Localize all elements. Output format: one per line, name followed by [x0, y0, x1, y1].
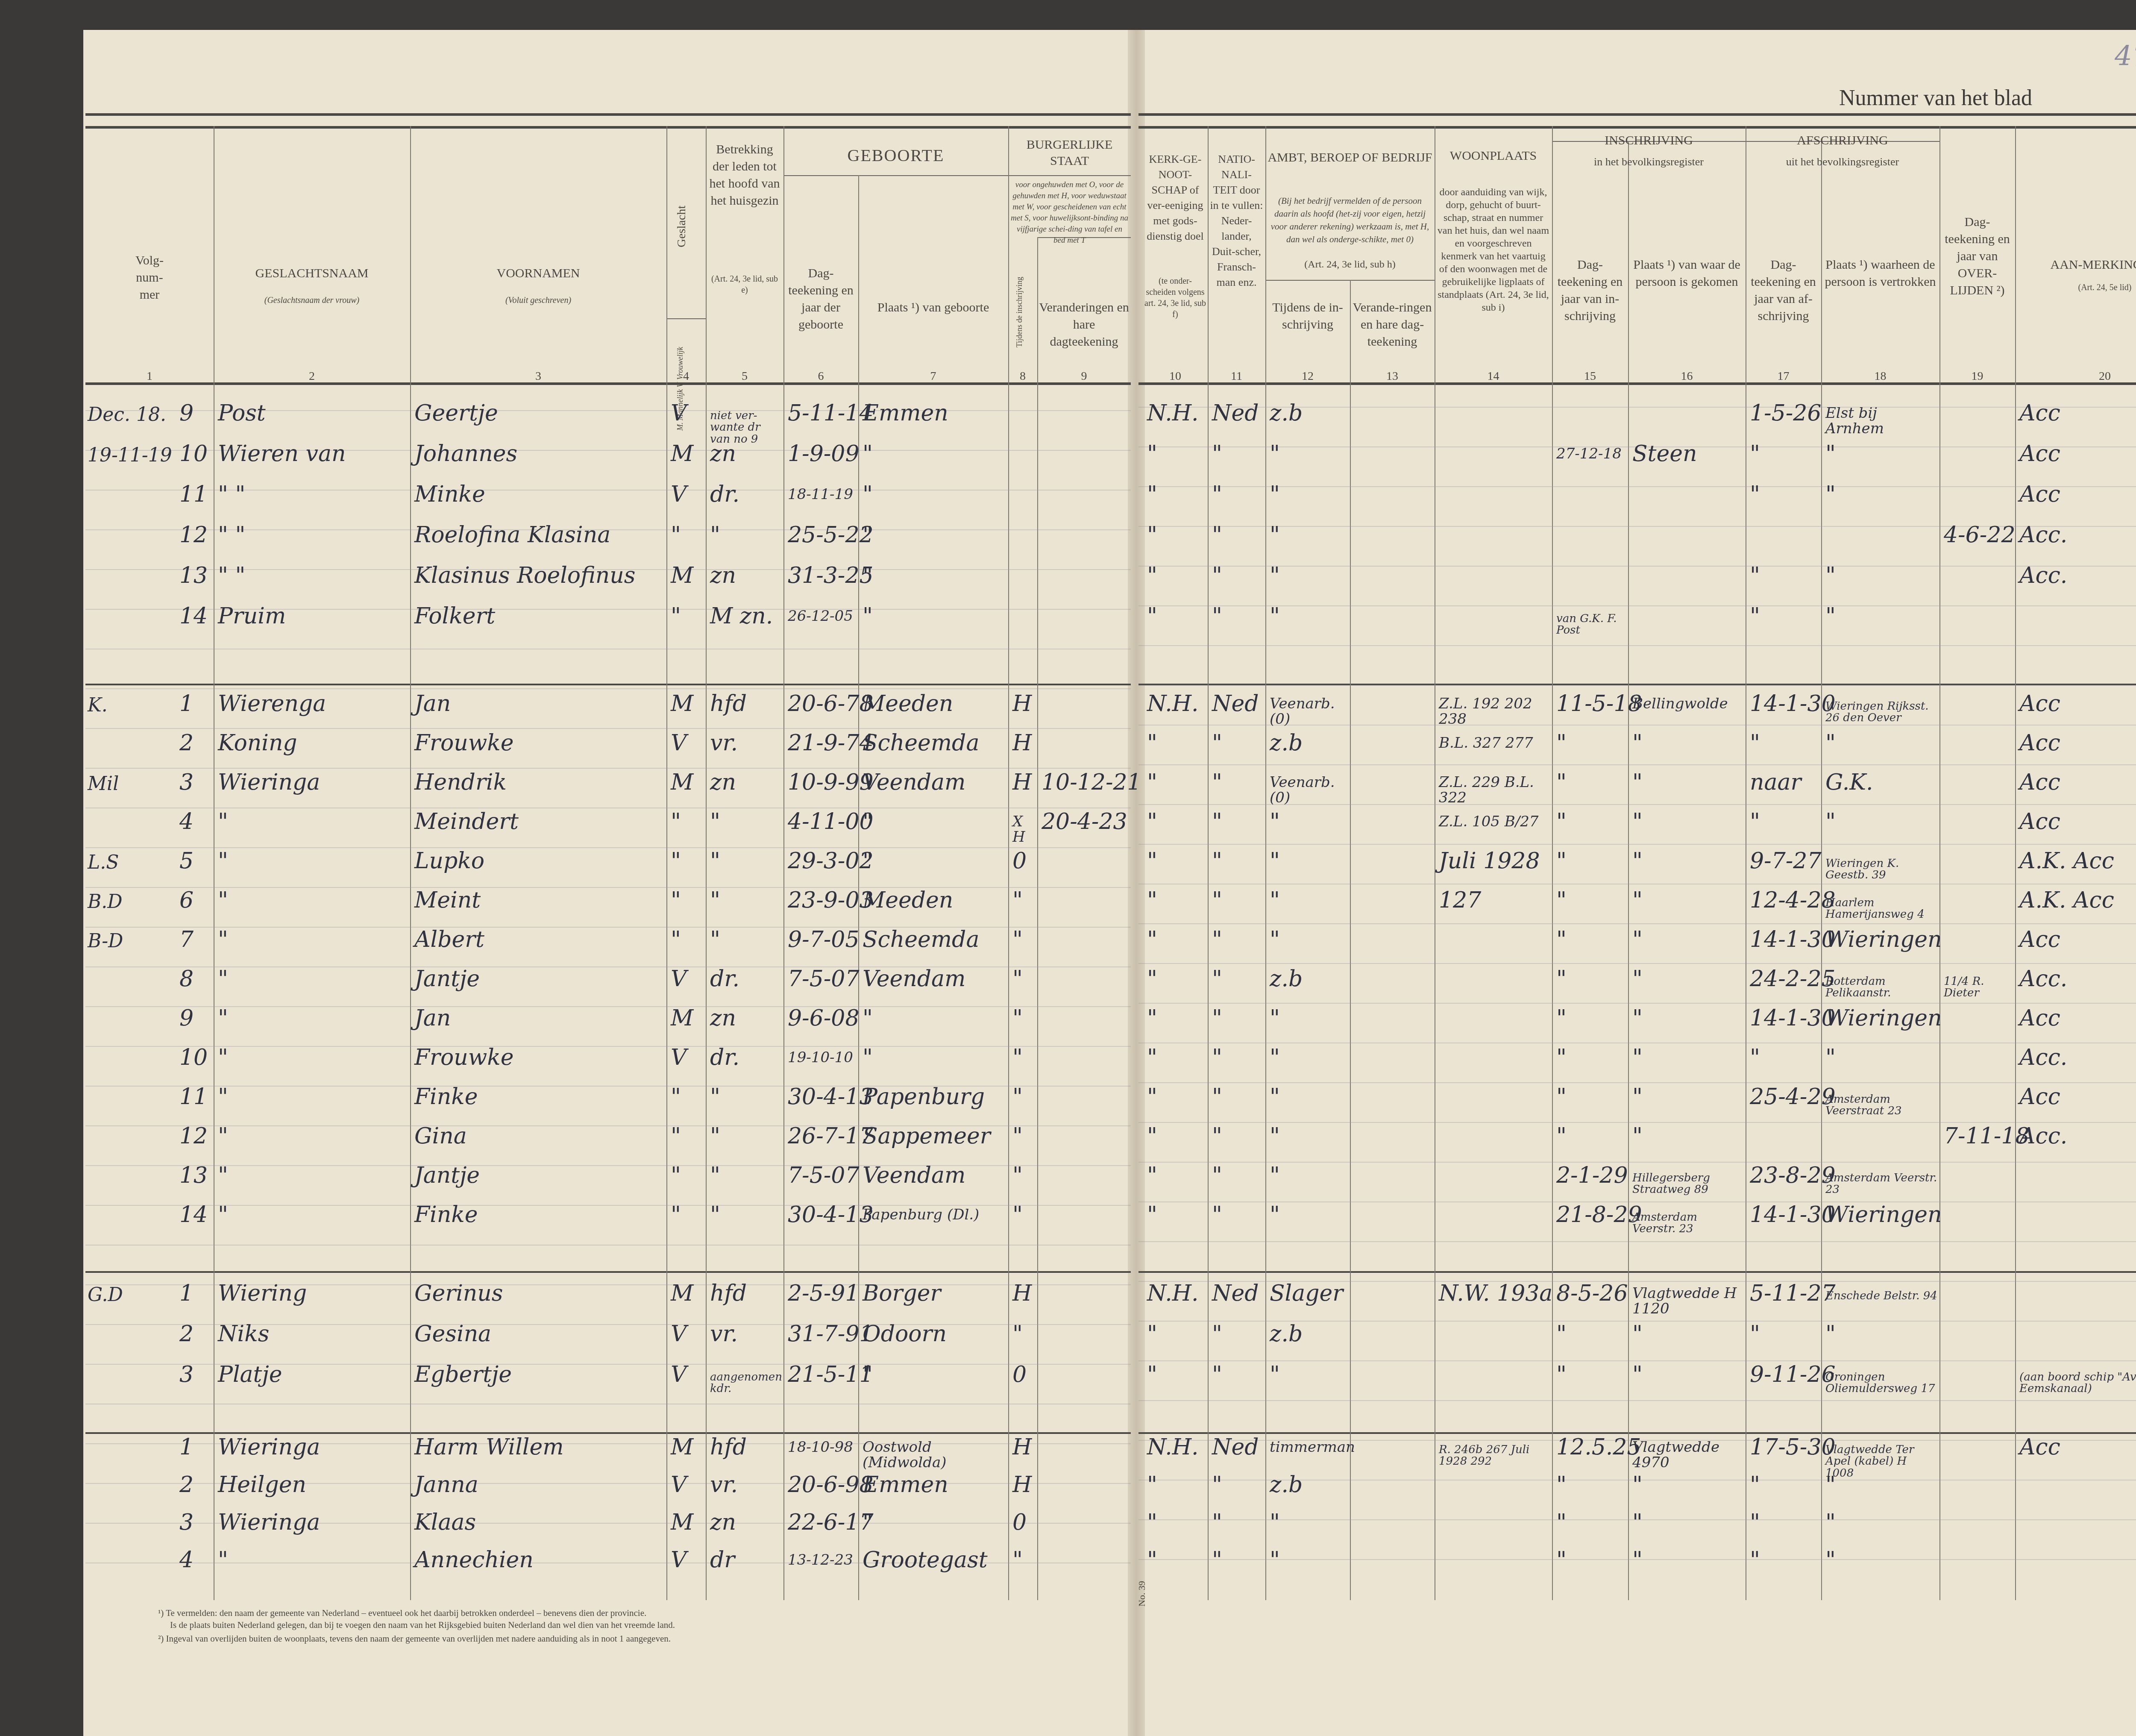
- entry-bs: ": [1012, 1203, 1023, 1227]
- entry-given: Gerinus: [414, 1282, 503, 1305]
- entry-given: Finke: [414, 1085, 478, 1109]
- entry-bs: H: [1012, 771, 1032, 794]
- rule-top: [1138, 113, 2136, 116]
- entry-nat: ": [1212, 1007, 1222, 1030]
- header-inschrijving-sub: in het bevolkingsregister: [1552, 154, 1746, 170]
- column-divider: [1628, 141, 1629, 1600]
- entry-in-date: ": [1556, 731, 1567, 755]
- entry-notes: Acc: [2019, 928, 2060, 952]
- entry-occ: ": [1270, 1203, 1280, 1227]
- entry-n: 10: [179, 442, 208, 466]
- entry-surname: ": [218, 1164, 228, 1187]
- entry-occ: ": [1270, 605, 1280, 628]
- entry-out-date: ": [1750, 1548, 1760, 1572]
- entry-surname: ": [218, 1085, 228, 1109]
- header-tijdens-inschrijving: Tijdens de inschrijving: [1015, 256, 1024, 367]
- entry-surname: ": [218, 1203, 228, 1227]
- writing-line: [1138, 486, 2136, 487]
- column-number-1: 1: [85, 370, 214, 383]
- column-divider: [783, 126, 784, 1600]
- entry-n: 3: [179, 771, 194, 794]
- entry-church: ": [1147, 1046, 1157, 1069]
- header-col-1: Volg- num- mer: [87, 252, 212, 303]
- entry-church: ": [1147, 1473, 1157, 1497]
- column-divider: [1939, 126, 1940, 1600]
- entry-sex: M: [671, 692, 693, 716]
- header-col-19: Dag-teekening en jaar van OVER-LIJDEN ²): [1941, 214, 2013, 299]
- entry-sex: V: [671, 1473, 687, 1497]
- entry-born: 7-5-07: [788, 967, 857, 991]
- writing-line: [1138, 1360, 2136, 1361]
- entry-surname: Wieren van: [218, 442, 346, 466]
- writing-line: [1138, 605, 2136, 606]
- entry-n: 1: [179, 1436, 194, 1459]
- entry-out-to: Groningen Oliemuldersweg 17: [1825, 1372, 1938, 1395]
- entry-occ: ": [1270, 564, 1280, 587]
- entry-born: 5-11-14: [788, 402, 857, 425]
- entry-born: 9-7-05: [788, 928, 857, 952]
- entry-bs: ": [1012, 1322, 1023, 1346]
- entry-out-date: ": [1750, 1322, 1760, 1346]
- entry-in-from: ": [1632, 889, 1643, 912]
- entry-in-date: 8-5-26: [1556, 1282, 1626, 1305]
- entry-occ: z.b: [1270, 731, 1303, 755]
- header-col-3-sub: (Voluit geschreven): [412, 295, 665, 306]
- entry-nat: Ned: [1212, 692, 1259, 716]
- entry-bs-change: 20-4-23: [1042, 810, 1127, 834]
- household-separator: [1138, 1271, 2136, 1273]
- entry-born: 31-7-91: [788, 1322, 857, 1346]
- entry-in-from: ": [1632, 1548, 1643, 1572]
- entry-given: Meindert: [414, 810, 519, 834]
- entry-out-date: ": [1750, 483, 1760, 506]
- entry-bs: H: [1012, 1282, 1032, 1305]
- column-number-9: 9: [1037, 370, 1131, 383]
- header-col-20: AAN-MERKINGEN: [2017, 256, 2136, 273]
- entry-place: ": [863, 564, 873, 587]
- entry-in-date: ": [1556, 810, 1567, 834]
- entry-in-from: Bellingwolde: [1632, 696, 1728, 712]
- entry-n: 6: [179, 889, 194, 912]
- entry-nat: ": [1212, 1203, 1222, 1227]
- entry-out-to: Wieringen K. Geestb. 39: [1825, 858, 1938, 881]
- entry-bs: X H: [1012, 814, 1036, 845]
- entry-given: Janna: [414, 1473, 478, 1497]
- entry-notes: Acc.: [2019, 523, 2067, 547]
- entry-occ: Veenarb.(0): [1270, 696, 1348, 727]
- entry-church: N.H.: [1147, 1436, 1199, 1459]
- entry-nat: ": [1212, 1085, 1222, 1109]
- entry-occ: ": [1270, 928, 1280, 952]
- entry-notes: Acc: [2019, 1085, 2060, 1109]
- writing-line: [1138, 764, 2136, 765]
- entry-address: R. 246b 267 Juli 1928 292: [1439, 1444, 1550, 1468]
- entry-sex: M: [671, 564, 693, 587]
- entry-given: Gina: [414, 1125, 467, 1148]
- entry-given: Roelofina Klasina: [414, 523, 610, 547]
- entry-nat: ": [1212, 1473, 1222, 1497]
- entry-bs: ": [1012, 1007, 1023, 1030]
- entry-church: ": [1147, 1164, 1157, 1187]
- entry-n: 11: [179, 483, 208, 506]
- entry-sex: M: [671, 442, 693, 466]
- entry-notes: A.K. Acc: [2019, 889, 2114, 912]
- entry-born: 18-10-98: [788, 1440, 853, 1455]
- margin-annotation: B.D: [88, 891, 123, 913]
- entry-given: Harm Willem: [414, 1436, 564, 1459]
- entry-occ: ": [1270, 1511, 1280, 1534]
- header-col-5: Betrekking der leden tot het hoofd van h…: [707, 141, 782, 209]
- entry-occ: z.b: [1270, 1473, 1303, 1497]
- entry-in-from: ": [1632, 731, 1643, 755]
- column-divider: [1008, 126, 1009, 1600]
- entry-out-to: ": [1825, 1322, 1836, 1346]
- writing-line: [85, 1245, 1131, 1245]
- column-number-10: 10: [1143, 370, 1208, 383]
- entry-rel: aangenomen kdr.: [710, 1372, 782, 1395]
- entry-church: ": [1147, 1125, 1157, 1148]
- entry-in-date: ": [1556, 1363, 1567, 1386]
- column-divider: [1208, 126, 1209, 1600]
- entry-surname: Post: [218, 402, 266, 425]
- entry-in-from: ": [1632, 1473, 1643, 1497]
- entry-born: 21-5-11: [788, 1363, 857, 1386]
- column-number-19: 19: [1939, 370, 2015, 383]
- writing-line: [1138, 1122, 2136, 1123]
- header-geslacht-sub: M. Mannelijk V. Vrouwelijk: [676, 333, 685, 444]
- entry-nat: ": [1212, 1548, 1222, 1572]
- entry-out-to: Wieringen: [1825, 928, 1938, 952]
- entry-place: ": [863, 1007, 873, 1030]
- entry-n: 1: [179, 692, 194, 716]
- entry-surname: ": [218, 1046, 228, 1069]
- column-divider: [2015, 126, 2016, 1600]
- header-col-3: VOORNAMEN: [412, 265, 665, 282]
- entry-given: Albert: [414, 928, 484, 952]
- entry-n: 5: [179, 849, 194, 873]
- writing-line: [85, 808, 1131, 808]
- entry-out-date: 14-1-30: [1750, 1203, 1819, 1227]
- entry-in-from: ": [1632, 771, 1643, 794]
- writing-line: [85, 1006, 1131, 1007]
- writing-line: [1138, 963, 2136, 964]
- entry-church: ": [1147, 1548, 1157, 1572]
- entry-address: N.W. 193a: [1439, 1282, 1550, 1305]
- column-divider: [1552, 126, 1553, 1600]
- entry-surname: Heilgen: [218, 1473, 306, 1497]
- column-number-4: 4: [666, 370, 706, 383]
- entry-nat: ": [1212, 1125, 1222, 1148]
- margin-annotation: Dec. 18.: [88, 404, 166, 426]
- entry-born: 21-9-74: [788, 731, 857, 755]
- column-number-18: 18: [1821, 370, 1939, 383]
- entry-in-from: ": [1632, 967, 1643, 991]
- entry-out-date: ": [1750, 810, 1760, 834]
- entry-notes: Acc: [2019, 1436, 2060, 1459]
- entry-in-from: ": [1632, 1322, 1643, 1346]
- entry-bs: ": [1012, 1125, 1023, 1148]
- entry-in-from: ": [1632, 1125, 1643, 1148]
- entry-nat: Ned: [1212, 1282, 1259, 1305]
- entry-out-date: ": [1750, 1046, 1760, 1069]
- entry-nat: ": [1212, 1322, 1222, 1346]
- entry-surname: ": [218, 1125, 228, 1148]
- entry-rel: hfd: [710, 1282, 747, 1305]
- column-number-6: 6: [783, 370, 858, 383]
- entry-nat: ": [1212, 849, 1222, 873]
- margin-annotation: 19-11-19: [88, 444, 172, 466]
- entry-in-date: 27-12-18: [1556, 446, 1622, 462]
- entry-out-date: 1-5-26: [1750, 402, 1819, 425]
- entry-in-from: ": [1632, 1511, 1643, 1534]
- entry-n: 4: [179, 1548, 194, 1572]
- entry-sex: M: [671, 1511, 693, 1534]
- column-divider: [1746, 126, 1746, 1600]
- entry-place: ": [863, 483, 873, 506]
- entry-born: 30-4-13: [788, 1085, 857, 1109]
- entry-born: 7-5-07: [788, 1164, 857, 1187]
- entry-church: N.H.: [1147, 402, 1199, 425]
- entry-in-date: van G.K. F. Post: [1556, 613, 1626, 637]
- entry-n: 2: [179, 1322, 194, 1346]
- subheader-rule: [1008, 175, 1131, 176]
- entry-church: ": [1147, 1085, 1157, 1109]
- entry-nat: Ned: [1212, 1436, 1259, 1459]
- entry-out-date: 9-7-27: [1750, 849, 1819, 873]
- entry-in-from: ": [1632, 810, 1643, 834]
- entry-sex: ": [671, 1085, 681, 1109]
- entry-surname: ": [218, 810, 228, 834]
- entry-surname: ": [218, 889, 228, 912]
- entry-occ: ": [1270, 810, 1280, 834]
- entry-rel: ": [710, 1203, 720, 1227]
- entry-church: ": [1147, 810, 1157, 834]
- entry-rel: ": [710, 849, 720, 873]
- footnote-1: ¹) Te vermelden: den naam der gemeente v…: [158, 1607, 1119, 1619]
- entry-out-to: Enschede Belstr. 94: [1825, 1290, 1937, 1302]
- column-number-15: 15: [1552, 370, 1628, 383]
- entry-in-from: ": [1632, 928, 1643, 952]
- writing-line: [85, 768, 1131, 769]
- entry-rel: ": [710, 810, 720, 834]
- entry-in-from: ": [1632, 1363, 1643, 1386]
- entry-address: Z.L. 192 202 238: [1439, 696, 1550, 727]
- entry-out-to: Rotterdam Pelikaanstr.: [1825, 976, 1938, 999]
- entry-in-date: ": [1556, 928, 1567, 952]
- entry-born: 1-9-09: [788, 442, 857, 466]
- entry-out-date: 24-2-25: [1750, 967, 1819, 991]
- entry-notes: A.K. Acc: [2019, 849, 2114, 873]
- column-number-5: 5: [706, 370, 783, 383]
- entry-place: Veendam: [863, 771, 965, 794]
- header-col-2-sub: (Geslachtsnaam der vrouw): [215, 295, 408, 306]
- entry-n: 11: [179, 1085, 208, 1109]
- entry-in-from: ": [1632, 849, 1643, 873]
- entry-in-from: Steen: [1632, 442, 1697, 466]
- entry-sex: ": [671, 1164, 681, 1187]
- entry-occ: ": [1270, 889, 1280, 912]
- handwritten-sheet-number: 47: [2115, 41, 2136, 72]
- entry-out-to: ": [1825, 605, 1836, 628]
- entry-sex: V: [671, 1548, 687, 1572]
- entry-in-from: Vlagtwedde 4970: [1632, 1440, 1744, 1470]
- entry-notes: Acc: [2019, 402, 2060, 425]
- entry-sex: M: [671, 1436, 693, 1459]
- entry-occ: ": [1270, 1046, 1280, 1069]
- writing-line: [85, 1404, 1131, 1404]
- entry-n: 9: [179, 402, 194, 425]
- column-divider: [214, 126, 214, 1600]
- entry-rel: vr.: [710, 1473, 738, 1497]
- header-col-20-sub: (Art. 24, 5e lid): [2017, 282, 2136, 293]
- entry-given: Jantje: [414, 1164, 480, 1187]
- entry-church: ": [1147, 1203, 1157, 1227]
- entry-nat: ": [1212, 1363, 1222, 1386]
- entry-rel: zn: [710, 1007, 736, 1030]
- entry-occ: z.b: [1270, 967, 1303, 991]
- entry-out-date: naar: [1750, 771, 1801, 794]
- writing-line: [1138, 923, 2136, 924]
- subheader-rule: [666, 318, 706, 319]
- entry-place: ": [863, 523, 873, 547]
- entry-bs: 0: [1012, 849, 1027, 873]
- entry-church: ": [1147, 771, 1157, 794]
- entry-rel: hfd: [710, 692, 747, 716]
- entry-out-date: ": [1750, 605, 1760, 628]
- subheader-rule: [783, 175, 1008, 176]
- entry-notes: Acc: [2019, 483, 2060, 506]
- entry-out-to: ": [1825, 810, 1836, 834]
- entry-in-from: Amsterdam Veerstr. 23: [1632, 1212, 1744, 1235]
- entry-nat: ": [1212, 564, 1222, 587]
- entry-place: ": [863, 849, 873, 873]
- rule-thick: [1138, 126, 2136, 129]
- entry-nat: ": [1212, 1046, 1222, 1069]
- entry-occ: ": [1270, 849, 1280, 873]
- entry-n: 3: [179, 1363, 194, 1386]
- writing-line: [1138, 566, 2136, 567]
- entry-out-to: Vlagtwedde Ter Apel (kabel) H 1008: [1825, 1444, 1938, 1479]
- entry-given: Jan: [414, 692, 451, 716]
- entry-surname: Pruim: [218, 605, 286, 628]
- entry-out-date: 5-11-27: [1750, 1282, 1819, 1305]
- entry-place: Meeden: [863, 889, 953, 912]
- entry-given: Gesina: [414, 1322, 491, 1346]
- entry-nat: ": [1212, 967, 1222, 991]
- entry-rel: zn: [710, 442, 736, 466]
- entry-sex: ": [671, 810, 681, 834]
- header-col-2: GESLACHTSNAAM: [215, 265, 408, 282]
- entry-given: Jan: [414, 1007, 451, 1030]
- entry-bs: H: [1012, 1436, 1032, 1459]
- entry-notes: Acc.: [2019, 1125, 2067, 1148]
- entry-out-to: ": [1825, 731, 1836, 755]
- margin-annotation: Mil: [88, 773, 119, 795]
- entry-church: ": [1147, 483, 1157, 506]
- entry-in-date: 11-5-18: [1556, 692, 1626, 716]
- entry-notes: Acc: [2019, 1007, 2060, 1030]
- header-col-16: Plaats ¹) van waar de persoon is gekomen: [1630, 256, 1744, 291]
- entry-in-from: Vlagtwedde H 1120: [1632, 1286, 1744, 1316]
- margin-annotation: K.: [88, 694, 108, 716]
- entry-bs: ": [1012, 967, 1023, 991]
- entry-surname: ": [218, 849, 228, 873]
- header-col-9: Veranderingen en hare dagteekening: [1039, 299, 1129, 350]
- entry-rel: M zn.: [710, 605, 773, 628]
- entry-bs: ": [1012, 928, 1023, 952]
- entry-out-to: Amsterdam Veerstraat 23: [1825, 1094, 1938, 1117]
- writing-line: [1138, 1003, 2136, 1004]
- writing-line: [85, 728, 1131, 729]
- entry-church: ": [1147, 967, 1157, 991]
- entry-rel: vr.: [710, 731, 738, 755]
- entry-sex: ": [671, 1125, 681, 1148]
- entry-rel: ": [710, 1164, 720, 1187]
- entry-surname: ": [218, 1548, 228, 1572]
- entry-born: 4-11-00: [788, 810, 857, 834]
- entry-in-from: ": [1632, 1046, 1643, 1069]
- entry-sex: M: [671, 1007, 693, 1030]
- writing-line: [1138, 1241, 2136, 1242]
- entry-nat: ": [1212, 810, 1222, 834]
- entry-rel: ": [710, 1125, 720, 1148]
- entry-given: Meint: [414, 889, 481, 912]
- column-divider: [1350, 280, 1351, 1600]
- entry-place: ": [863, 1046, 873, 1069]
- entry-out-date: 12-4-28: [1750, 889, 1819, 912]
- entry-n: 12: [179, 523, 208, 547]
- entry-n: 8: [179, 967, 194, 991]
- entry-church: N.H.: [1147, 1282, 1199, 1305]
- column-number-7: 7: [858, 370, 1008, 383]
- entry-occ: ": [1270, 1007, 1280, 1030]
- entry-sex: ": [671, 889, 681, 912]
- entry-in-date: ": [1556, 1548, 1567, 1572]
- entry-church: N.H.: [1147, 692, 1199, 716]
- entry-died: 7-11-18: [1944, 1125, 2013, 1148]
- entry-out-to: ": [1825, 442, 1836, 466]
- header-col-17: Dag-teekening en jaar van af-schrijving: [1747, 256, 1819, 325]
- entry-n: 3: [179, 1511, 194, 1534]
- entry-place: Emmen: [863, 402, 948, 425]
- entry-occ: z.b: [1270, 402, 1303, 425]
- entry-given: Frouwke: [414, 1046, 514, 1069]
- entry-occ: Slager: [1270, 1282, 1343, 1305]
- entry-church: ": [1147, 849, 1157, 873]
- entry-church: ": [1147, 1007, 1157, 1030]
- entry-in-date: ": [1556, 771, 1567, 794]
- entry-n: 9: [179, 1007, 194, 1030]
- entry-church: ": [1147, 564, 1157, 587]
- entry-nat: ": [1212, 731, 1222, 755]
- entry-given: Frouwke: [414, 731, 514, 755]
- entry-place: Papenburg: [863, 1085, 985, 1109]
- entry-given: Jantje: [414, 967, 480, 991]
- entry-rel: ": [710, 889, 720, 912]
- entry-sex: V: [671, 967, 687, 991]
- entry-born: 31-3-25: [788, 564, 857, 587]
- entry-sex: V: [671, 1046, 687, 1069]
- writing-line: [1138, 884, 2136, 884]
- entry-born: 2-5-91: [788, 1282, 857, 1305]
- entry-occ: ": [1270, 1125, 1280, 1148]
- entry-rel: dr.: [710, 1046, 739, 1069]
- entry-surname: Koning: [218, 731, 297, 755]
- entry-born: 18-11-19: [788, 487, 853, 502]
- header-col-7: Plaats ¹) van geboorte: [860, 299, 1006, 316]
- entry-out-to: Wieringen: [1825, 1203, 1938, 1227]
- entry-place: Veendam: [863, 967, 965, 991]
